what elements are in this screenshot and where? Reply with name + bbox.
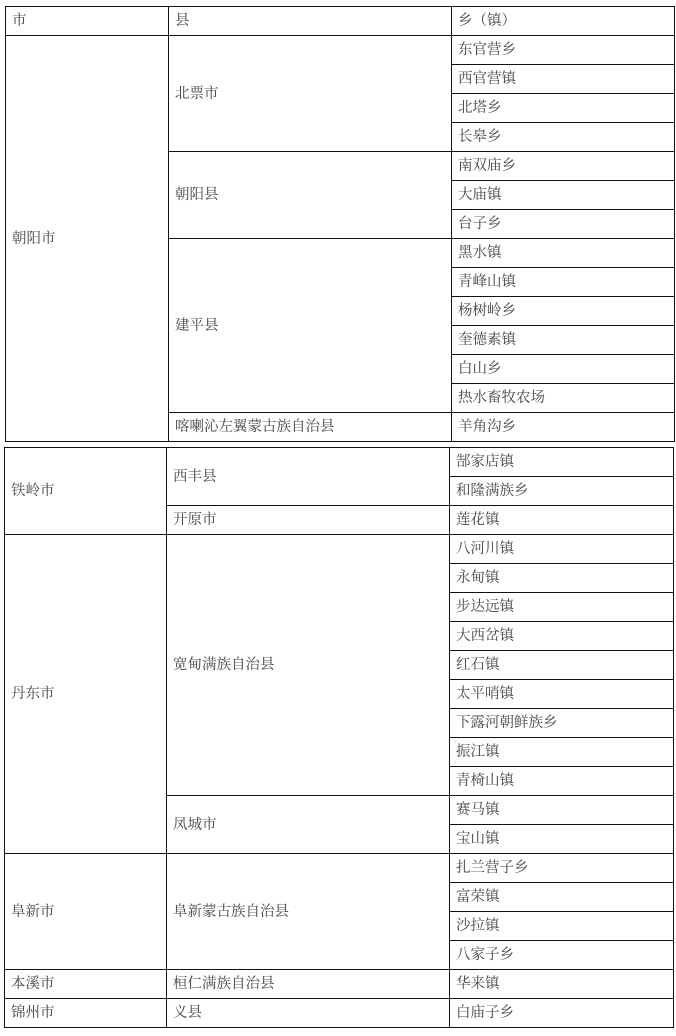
township-cell: 东官营乡 <box>452 36 675 65</box>
township-table-part-1: 市 县 乡（镇） 朝阳市北票市东官营乡西官营镇北塔乡长皋乡朝阳县南双庙乡大庙镇台… <box>5 6 675 442</box>
table-row: 朝阳市北票市东官营乡 <box>6 36 675 65</box>
county-cell: 宽甸满族自治县 <box>167 535 450 796</box>
township-cell: 扎兰营子乡 <box>450 854 674 883</box>
county-cell: 喀喇沁左翼蒙古族自治县 <box>169 413 452 442</box>
township-cell: 郜家店镇 <box>450 448 674 477</box>
county-cell: 北票市 <box>169 36 452 152</box>
township-cell: 华来镇 <box>450 970 674 999</box>
header-county: 县 <box>169 7 452 36</box>
township-cell: 振江镇 <box>450 738 674 767</box>
township-cell: 青峰山镇 <box>452 268 675 297</box>
header-township: 乡（镇） <box>452 7 675 36</box>
county-cell: 桓仁满族自治县 <box>167 970 450 999</box>
header-row: 市 县 乡（镇） <box>6 7 675 36</box>
township-cell: 宝山镇 <box>450 825 674 854</box>
township-cell: 红石镇 <box>450 651 674 680</box>
township-cell: 太平哨镇 <box>450 680 674 709</box>
township-cell: 八河川镇 <box>450 535 674 564</box>
township-cell: 羊角沟乡 <box>452 413 675 442</box>
table-row: 锦州市义县白庙子乡 <box>5 999 674 1028</box>
township-cell: 下露河朝鲜族乡 <box>450 709 674 738</box>
township-cell: 大庙镇 <box>452 181 675 210</box>
township-cell: 长皋乡 <box>452 123 675 152</box>
township-cell: 白山乡 <box>452 355 675 384</box>
city-cell: 丹东市 <box>5 535 167 854</box>
township-cell: 富荣镇 <box>450 883 674 912</box>
township-cell: 大西岔镇 <box>450 622 674 651</box>
county-cell: 阜新蒙古族自治县 <box>167 854 450 970</box>
township-cell: 黑水镇 <box>452 239 675 268</box>
county-cell: 朝阳县 <box>169 152 452 239</box>
township-cell: 台子乡 <box>452 210 675 239</box>
township-cell: 杨树岭乡 <box>452 297 675 326</box>
township-cell: 步达远镇 <box>450 593 674 622</box>
county-cell: 建平县 <box>169 239 452 413</box>
city-cell: 铁岭市 <box>5 448 167 535</box>
township-cell: 北塔乡 <box>452 94 675 123</box>
table-row: 本溪市桓仁满族自治县华来镇 <box>5 970 674 999</box>
township-cell: 赛马镇 <box>450 796 674 825</box>
county-cell: 开原市 <box>167 506 450 535</box>
township-cell: 青椅山镇 <box>450 767 674 796</box>
city-cell: 阜新市 <box>5 854 167 970</box>
county-cell: 义县 <box>167 999 450 1028</box>
city-cell: 锦州市 <box>5 999 167 1028</box>
township-cell: 和隆满族乡 <box>450 477 674 506</box>
township-cell: 沙拉镇 <box>450 912 674 941</box>
city-cell: 本溪市 <box>5 970 167 999</box>
township-cell: 永甸镇 <box>450 564 674 593</box>
township-table-part-2: 铁岭市西丰县郜家店镇和隆满族乡开原市莲花镇丹东市宽甸满族自治县八河川镇永甸镇步达… <box>4 447 674 1028</box>
header-city: 市 <box>6 7 169 36</box>
table-row: 丹东市宽甸满族自治县八河川镇 <box>5 535 674 564</box>
table-row: 阜新市阜新蒙古族自治县扎兰营子乡 <box>5 854 674 883</box>
township-cell: 南双庙乡 <box>452 152 675 181</box>
township-cell: 热水畜牧农场 <box>452 384 675 413</box>
township-cell: 西官营镇 <box>452 65 675 94</box>
township-cell: 白庙子乡 <box>450 999 674 1028</box>
county-cell: 凤城市 <box>167 796 450 854</box>
township-cell: 奎德素镇 <box>452 326 675 355</box>
township-cell: 莲花镇 <box>450 506 674 535</box>
city-cell: 朝阳市 <box>6 36 169 442</box>
table-row: 铁岭市西丰县郜家店镇 <box>5 448 674 477</box>
township-cell: 八家子乡 <box>450 941 674 970</box>
county-cell: 西丰县 <box>167 448 450 506</box>
